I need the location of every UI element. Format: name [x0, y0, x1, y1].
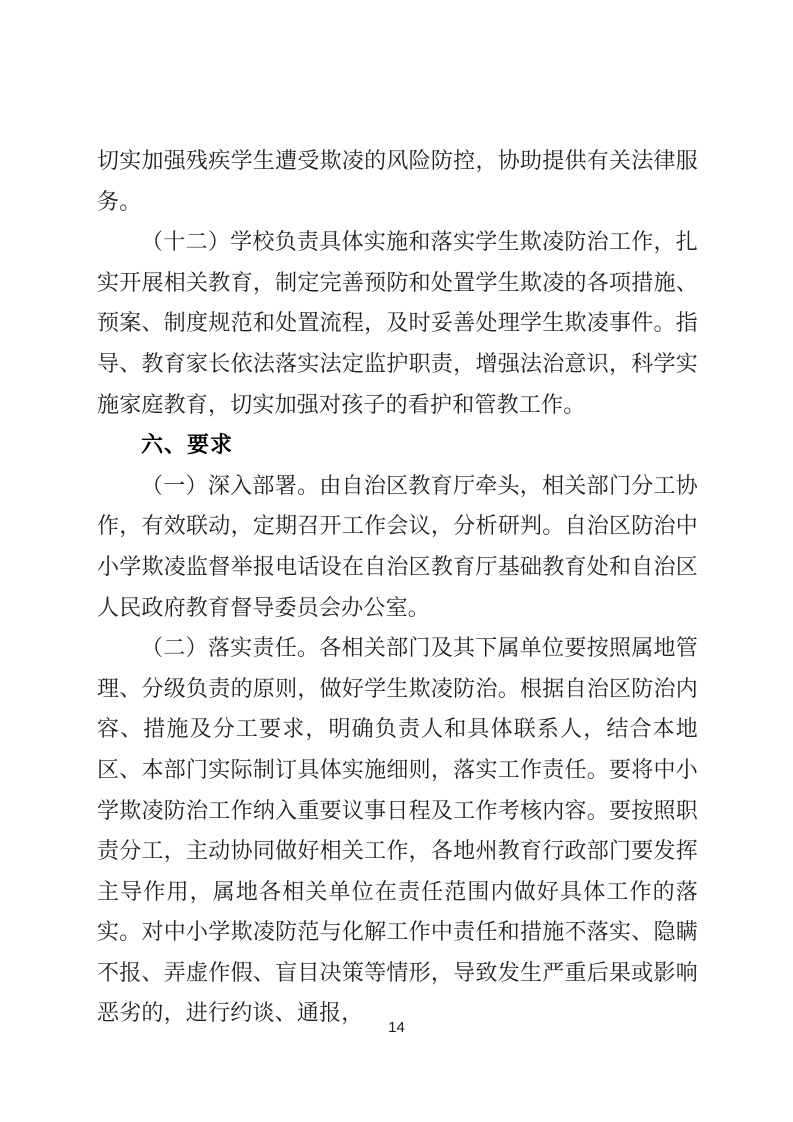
page-number: 14: [0, 1019, 793, 1036]
paragraph-item-2: （二）落实责任。各相关部门及其下属单位要按照属地管理、分级负责的原则，做好学生欺…: [97, 628, 698, 1034]
paragraph-item-12: （十二）学校负责具体实施和落实学生欺凌防治工作，扎实开展相关教育，制定完善预防和…: [97, 222, 698, 425]
document-body: 切实加强残疾学生遭受欺凌的风险防控，协助提供有关法律服务。 （十二）学校负责具体…: [97, 141, 698, 1034]
document-page: 切实加强残疾学生遭受欺凌的风险防控，协助提供有关法律服务。 （十二）学校负责具体…: [0, 0, 793, 1122]
paragraph-item-1: （一）深入部署。由自治区教育厅牵头，相关部门分工协作，有效联动，定期召开工作会议…: [97, 466, 698, 628]
section-heading-requirements: 六、要求: [97, 425, 698, 466]
paragraph-continuation: 切实加强残疾学生遭受欺凌的风险防控，协助提供有关法律服务。: [97, 141, 698, 222]
